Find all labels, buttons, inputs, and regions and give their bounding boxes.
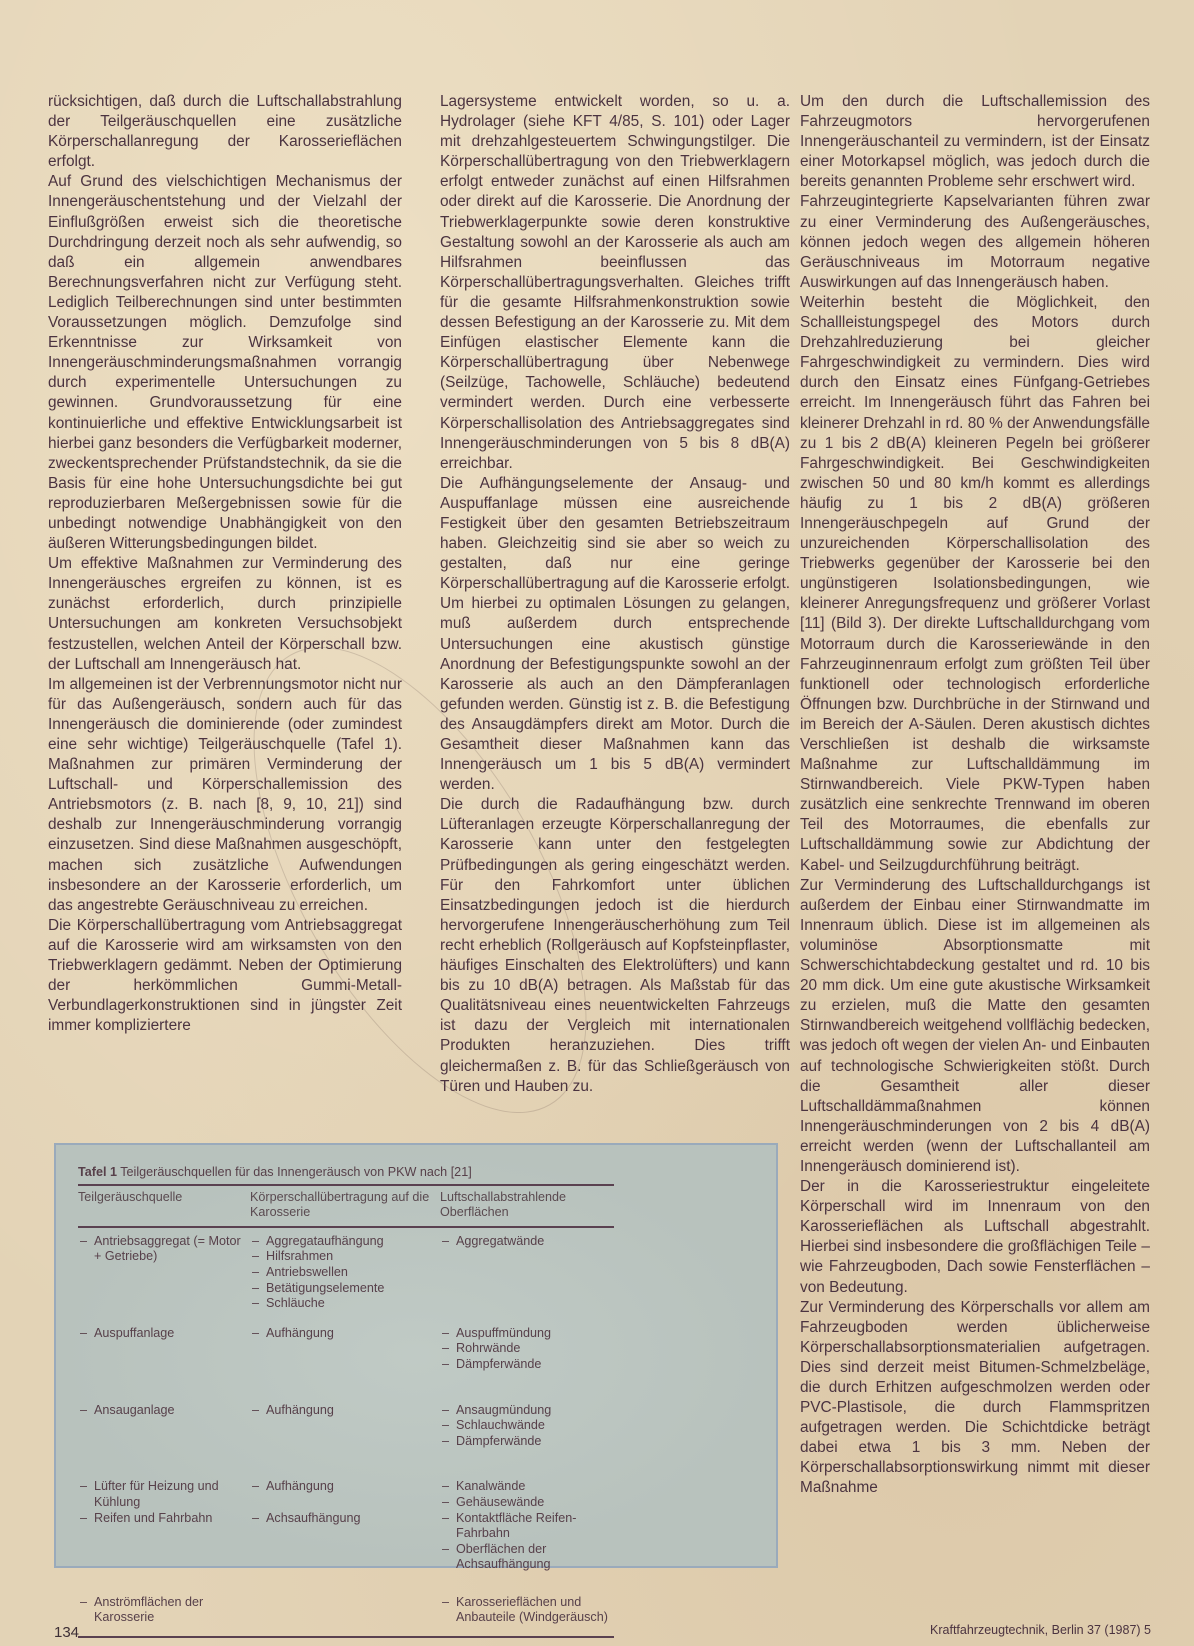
table-label: Tafel 1 <box>78 1165 117 1179</box>
paragraph: Im allgemeinen ist der Verbrennungsmotor… <box>48 675 402 916</box>
table-cell-surfaces: Kontaktfläche Reifen-FahrbahnOberflächen… <box>440 1511 614 1595</box>
table-list-item: Auspuffmündung <box>440 1326 608 1342</box>
table-caption-text: Teilgeräuschquellen für das Innengeräusc… <box>120 1165 471 1179</box>
table-list-item: Rohrwände <box>440 1341 608 1357</box>
table-cell-surfaces: AnsaugmündungSchlauchwändeDämpferwände <box>440 1403 614 1480</box>
table-header-source: Teilgeräuschquelle <box>78 1190 250 1221</box>
paragraph: Die Körperschallübertragung vom Antriebs… <box>48 916 402 1037</box>
table-list-item: Lüfter für Heizung und Kühlung <box>78 1479 244 1510</box>
table-header-transfer: Körperschallübertragung auf die Karosser… <box>250 1190 440 1221</box>
paragraph: Die durch die Radaufhängung bzw. durch L… <box>440 795 790 1096</box>
page-number: 134 <box>54 1624 79 1641</box>
table-list-item: Schlauchwände <box>440 1418 608 1434</box>
table-header-row: Teilgeräuschquelle Körperschallübertragu… <box>78 1186 614 1228</box>
paragraph: Weiterhin besteht die Möglichkeit, den S… <box>800 293 1150 876</box>
table-list-item: Dämpferwände <box>440 1357 608 1373</box>
table-list-item: Schläuche <box>250 1296 434 1312</box>
paragraph: Die Aufhängungselemente der Ansaug- und … <box>440 474 790 796</box>
table-list-item: Aufhängung <box>250 1479 434 1495</box>
table-cell-surfaces: AuspuffmündungRohrwändeDämpferwände <box>440 1326 614 1403</box>
table-list-item: Kanalwände <box>440 1479 608 1495</box>
table-list-item: Aggregataufhängung <box>250 1234 434 1250</box>
text-column-3: Um den durch die Luftschallemission des … <box>800 92 1150 1499</box>
journal-citation: Kraftfahrzeugtechnik, Berlin 37 (1987) 5 <box>930 1623 1151 1637</box>
table-header-surfaces: Luftschallabstrahlende Oberflächen <box>440 1190 614 1221</box>
table-list-item: Dämpferwände <box>440 1434 608 1450</box>
table: Tafel 1 Teilgeräuschquellen für das Inne… <box>78 1165 614 1638</box>
table-list-item: Antriebswellen <box>250 1265 434 1281</box>
table-cell-surfaces: KanalwändeGehäusewände <box>440 1479 614 1510</box>
table-cell-transfer: Aufhängung <box>250 1403 440 1480</box>
table-cell-source: Auspuffanlage <box>78 1326 250 1403</box>
table-cell-surfaces: Aggregatwände <box>440 1234 614 1326</box>
table-cell-source: Ansauganlage <box>78 1403 250 1480</box>
table-list-item: Achsaufhängung <box>250 1511 434 1527</box>
table-box: Tafel 1 Teilgeräuschquellen für das Inne… <box>54 1143 778 1568</box>
table-cell-transfer: Achsaufhängung <box>250 1511 440 1595</box>
table-list-item: Aufhängung <box>250 1403 434 1419</box>
table-list-item: Anströmflächen der Karosserie <box>78 1595 244 1626</box>
table-list-item: Aufhängung <box>250 1326 434 1342</box>
table-cell-surfaces: Karosserieflächen und Anbauteile (Windge… <box>440 1595 614 1626</box>
text-column-2: Lagersysteme entwickelt worden, so u. a.… <box>440 92 790 1097</box>
table-cell-source: Antriebsaggregat (= Motor + Getriebe) <box>78 1234 250 1326</box>
paragraph: Der in die Karosseriestruktur eingeleite… <box>800 1177 1150 1298</box>
table-list-item: Ansaugmündung <box>440 1403 608 1419</box>
table-list-item: Kontaktfläche Reifen-Fahrbahn <box>440 1511 608 1542</box>
table-list-item: Betätigungselemente <box>250 1281 434 1297</box>
table-cell-source: Lüfter für Heizung und Kühlung <box>78 1479 250 1510</box>
paragraph: Um den durch die Luftschallemission des … <box>800 92 1150 192</box>
text-column-1: rücksichtigen, daß durch die Luftschalla… <box>48 92 402 1036</box>
table-list-item: Karosserieflächen und Anbauteile (Windge… <box>440 1595 608 1626</box>
table-cell-transfer: AggregataufhängungHilfsrahmenAntriebswel… <box>250 1234 440 1326</box>
paragraph: Um effektive Maßnahmen zur Verminderung … <box>48 554 402 675</box>
table-list-item: Auspuffanlage <box>78 1326 244 1342</box>
paragraph: Fahrzeugintegrierte Kapselvarianten führ… <box>800 192 1150 292</box>
table-cell-transfer: Aufhängung <box>250 1326 440 1403</box>
table-list-item: Gehäusewände <box>440 1495 608 1511</box>
table-cell-source: Anströmflächen der Karosserie <box>78 1595 250 1626</box>
paragraph: Lagersysteme entwickelt worden, so u. a.… <box>440 92 790 474</box>
table-cell-transfer: Aufhängung <box>250 1479 440 1510</box>
table-list-item: Ansauganlage <box>78 1403 244 1419</box>
paragraph: Zur Verminderung des Körperschalls vor a… <box>800 1298 1150 1499</box>
table-list-item: Aggregatwände <box>440 1234 608 1250</box>
paragraph: rücksichtigen, daß durch die Luftschalla… <box>48 92 402 172</box>
paragraph: Zur Verminderung des Luftschalldurchgang… <box>800 876 1150 1177</box>
paragraph: Auf Grund des vielschichtigen Mechanismu… <box>48 172 402 554</box>
table-list-item: Oberflächen der Achsaufhängung <box>440 1542 608 1573</box>
table-list-item: Antriebsaggregat (= Motor + Getriebe) <box>78 1234 244 1265</box>
table-caption: Tafel 1 Teilgeräuschquellen für das Inne… <box>78 1165 614 1186</box>
table-list-item: Hilfsrahmen <box>250 1249 434 1265</box>
table-cell-source: Reifen und Fahrbahn <box>78 1511 250 1595</box>
table-body: Antriebsaggregat (= Motor + Getriebe)Agg… <box>78 1228 614 1626</box>
table-list-item: Reifen und Fahrbahn <box>78 1511 244 1527</box>
table-cell-transfer <box>250 1595 440 1626</box>
table-bottom-rule <box>78 1636 614 1638</box>
